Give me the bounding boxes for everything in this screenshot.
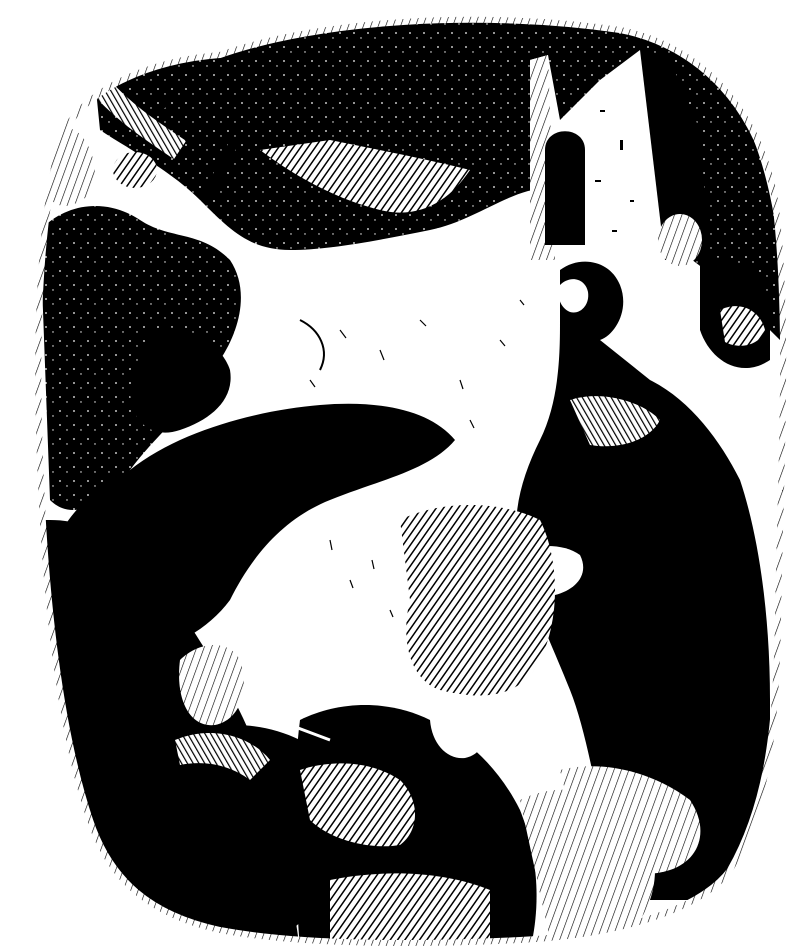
engraving-svg	[0, 0, 800, 950]
engraving-scene	[0, 0, 800, 950]
hatched-midground	[400, 505, 555, 696]
engraving-illustration	[0, 0, 800, 950]
